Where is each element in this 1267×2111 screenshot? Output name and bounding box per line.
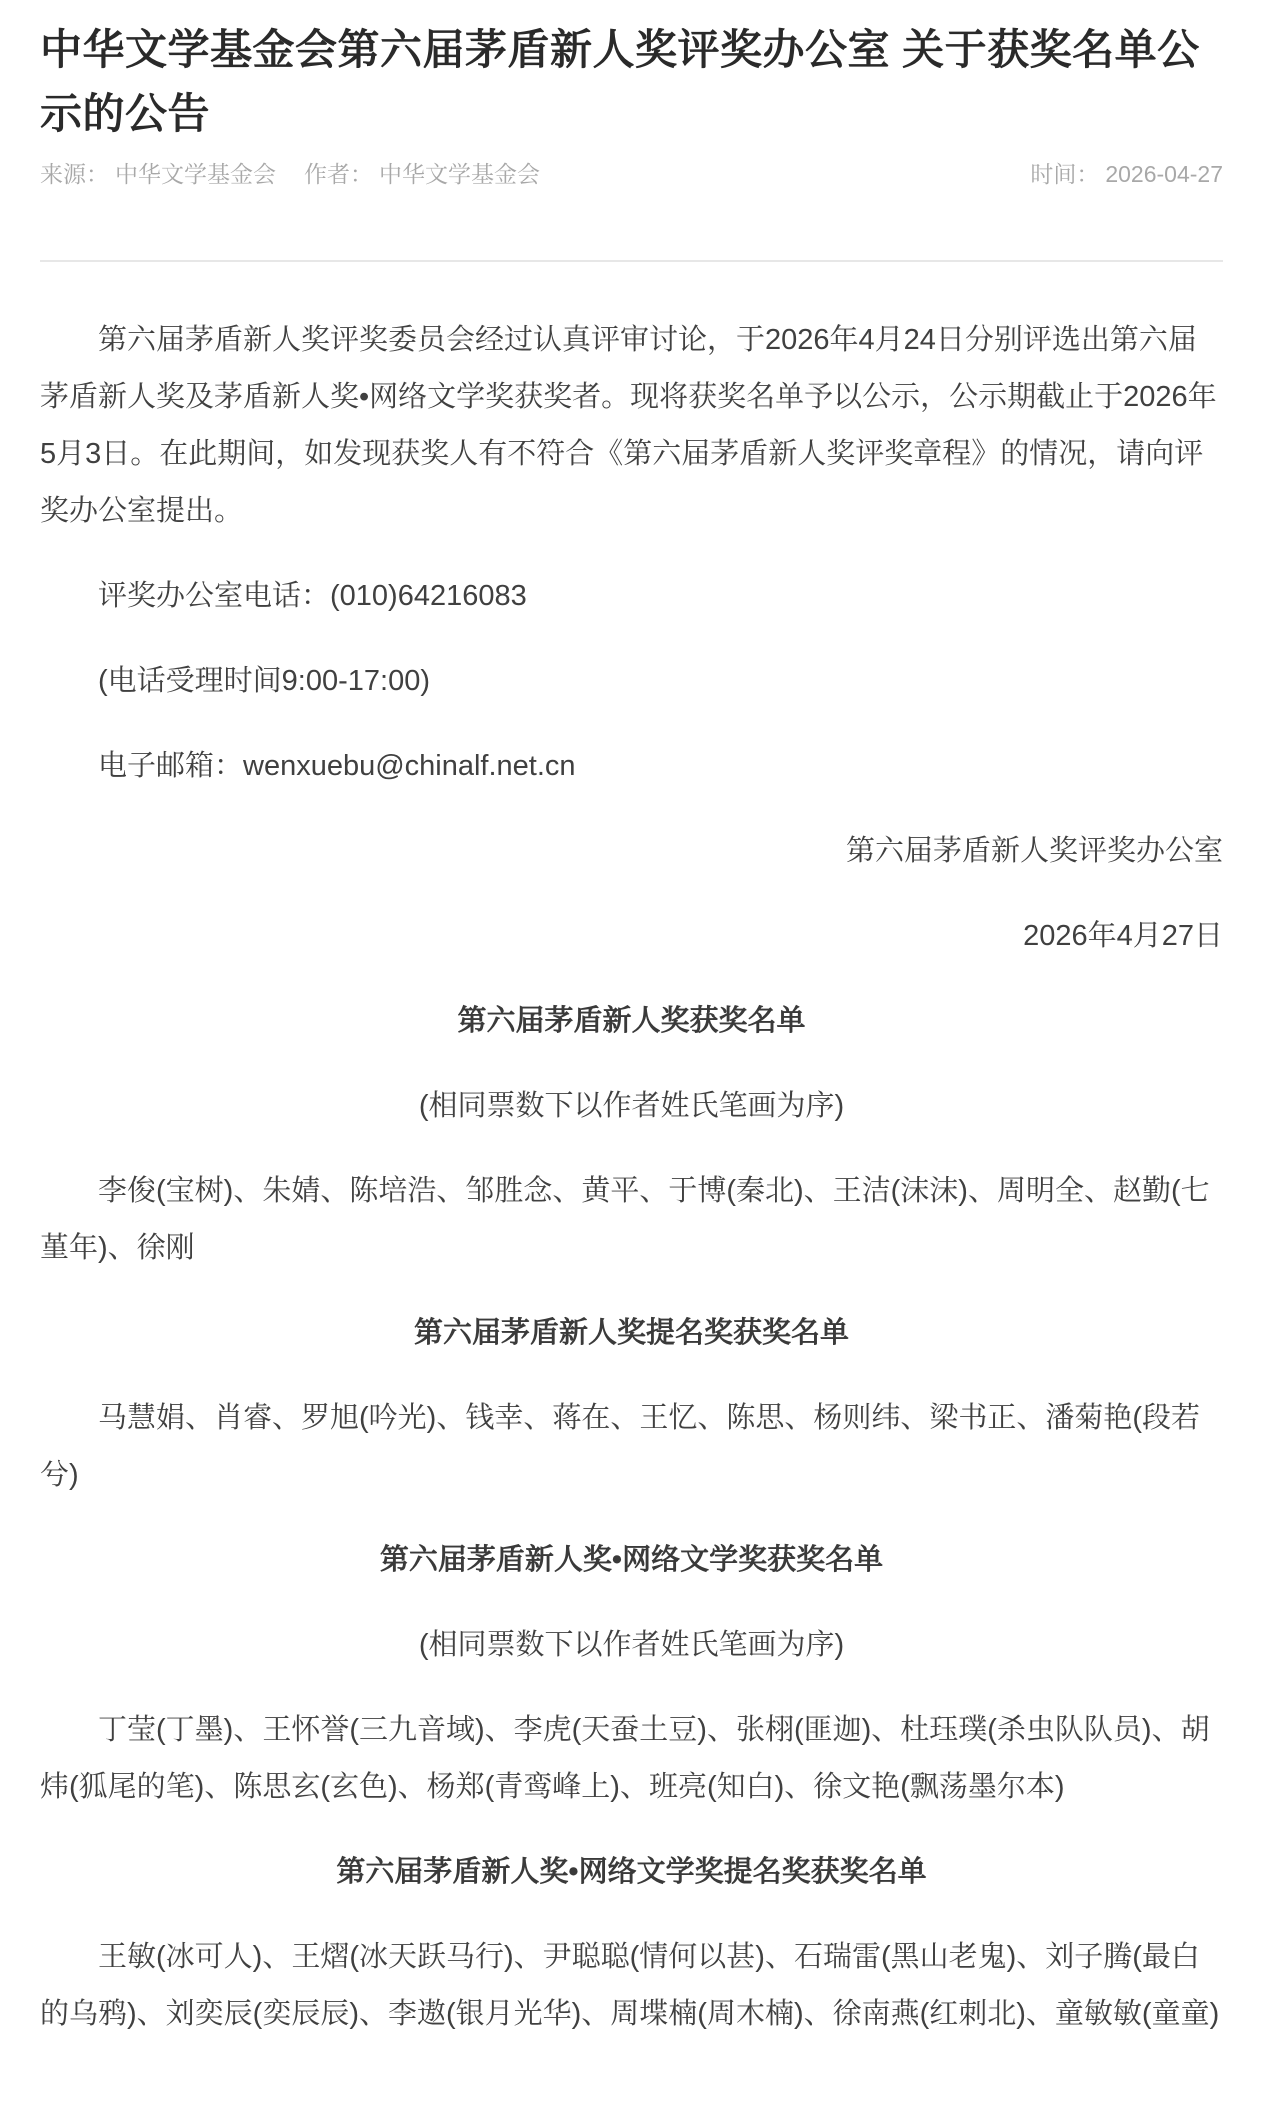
article-content: 第六届茅盾新人奖评奖委员会经过认真评审讨论，于2026年4月24日分别评选出第六…	[40, 270, 1223, 2043]
time-value: 2026-04-27	[1105, 161, 1223, 187]
meta-left: 来源：中华文学基金会作者：中华文学基金会	[40, 158, 540, 190]
author-group: 作者：中华文学基金会	[304, 161, 540, 187]
section-note-main-award: (相同票数下以作者姓氏笔画为序)	[40, 1078, 1223, 1135]
article-meta: 来源：中华文学基金会作者：中华文学基金会 时间：2026-04-27	[40, 158, 1223, 190]
section-heading-web-literature-award: 第六届茅盾新人奖•网络文学奖获奖名单	[40, 1532, 1223, 1589]
source-label: 来源：	[40, 161, 109, 187]
email-line: 电子邮箱：wenxuebu@chinalf.net.cn	[40, 738, 1223, 795]
section-note-web-literature-award: (相同票数下以作者姓氏笔画为序)	[40, 1617, 1223, 1674]
signoff-org: 第六届茅盾新人奖评奖办公室	[40, 823, 1223, 880]
section-heading-main-award: 第六届茅盾新人奖获奖名单	[40, 993, 1223, 1050]
section-list-main-award: 李俊(宝树)、朱婧、陈培浩、邹胜念、黄平、于博(秦北)、王洁(沫沫)、周明全、赵…	[40, 1163, 1223, 1277]
signoff-date: 2026年4月27日	[40, 908, 1223, 965]
section-heading-web-literature-nomination: 第六届茅盾新人奖•网络文学奖提名奖获奖名单	[40, 1844, 1223, 1901]
source-group: 来源：中华文学基金会	[40, 161, 276, 187]
time-label: 时间：	[1030, 161, 1099, 187]
page-title: 中华文学基金会第六届茅盾新人奖评奖办公室 关于获奖名单公示的公告	[40, 18, 1223, 146]
meta-right: 时间：2026-04-27	[1030, 158, 1223, 190]
phone-hours-line: (电话受理时间9:00-17:00)	[40, 653, 1223, 710]
section-heading-nomination-award: 第六届茅盾新人奖提名奖获奖名单	[40, 1305, 1223, 1362]
section-list-web-literature-award: 丁莹(丁墨)、王怀誉(三九音域)、李虎(天蚕土豆)、张栩(匪迦)、杜珏璞(杀虫队…	[40, 1702, 1223, 1816]
article-page: 中华文学基金会第六届茅盾新人奖评奖办公室 关于获奖名单公示的公告 来源：中华文学…	[0, 0, 1267, 2111]
author-label: 作者：	[304, 161, 373, 187]
section-list-nomination-award: 马慧娟、肖睿、罗旭(吟光)、钱幸、蒋在、王忆、陈思、杨则纬、梁书正、潘菊艳(段若…	[40, 1390, 1223, 1504]
intro-paragraph: 第六届茅盾新人奖评奖委员会经过认真评审讨论，于2026年4月24日分别评选出第六…	[40, 312, 1223, 540]
author-value: 中华文学基金会	[379, 161, 540, 187]
section-list-web-literature-nomination: 王敏(冰可人)、王熠(冰天跃马行)、尹聪聪(情何以甚)、石瑞雷(黑山老鬼)、刘子…	[40, 1929, 1223, 2043]
source-value: 中华文学基金会	[115, 161, 276, 187]
divider	[40, 260, 1223, 262]
phone-line: 评奖办公室电话：(010)64216083	[40, 568, 1223, 625]
